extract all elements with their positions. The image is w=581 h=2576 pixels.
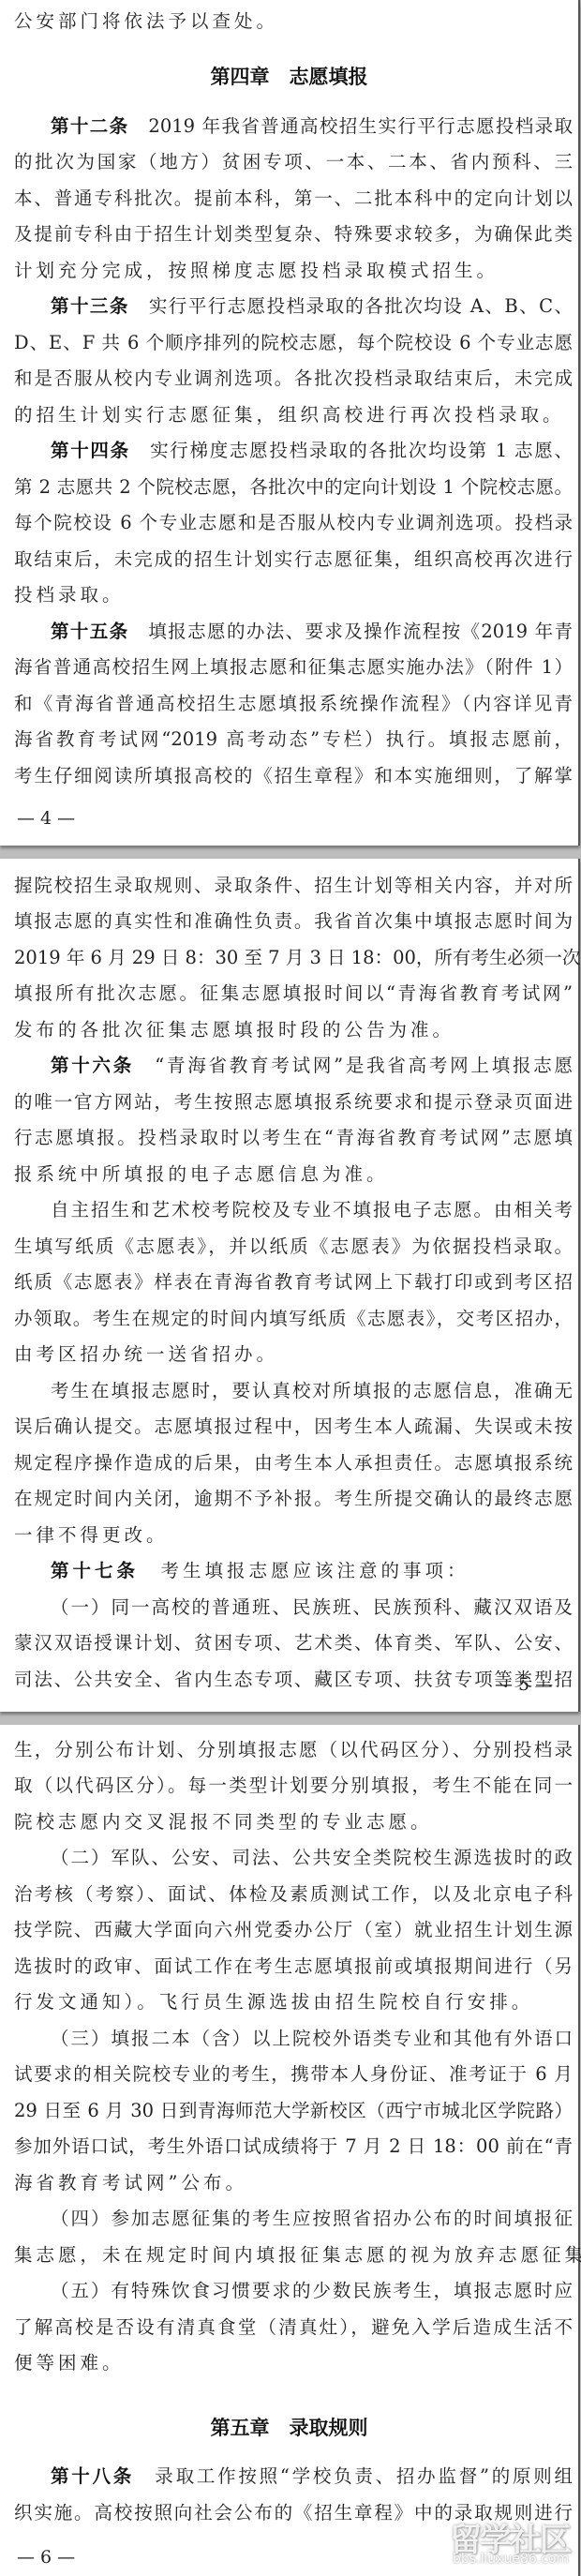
text-line: 投档录取。	[14, 577, 573, 613]
text-line: 选拔时的政审、面试工作在考生志愿填报前或填报期间进行（另	[14, 1949, 573, 1984]
text-line: 纸质《志愿表》样表在青海省教育考试网上下载打印或到考区招	[14, 1265, 573, 1300]
text-line: 本、普通专科批次。提前本科，第一、二批本科中的定向计划以	[14, 181, 573, 217]
page-number-6: — 6 —	[17, 2543, 75, 2571]
text-line: 计划充分完成，按照梯度志愿投档录取模式招生。	[14, 253, 573, 289]
line-text: 海省普通高校招生网上填报志愿和征集志愿实施办法》（附件 1）	[14, 656, 573, 678]
article-number: 第十四条	[51, 440, 130, 461]
line-text: 自主招生和艺术校考院校及专业不填报电子志愿。由相关考	[51, 1199, 573, 1221]
line-text: 实行平行志愿投档录取的各批次均设 A、B、C、	[129, 295, 573, 317]
article-number: 第十五条	[51, 621, 129, 642]
line-text: 试要求的相关院校专业的考生，携带本人身份证、准考证于 6 月	[14, 2063, 573, 2085]
line-text: 由考区招办统一送省招办。	[14, 1343, 278, 1365]
article-number: 第十六条	[51, 1055, 134, 1076]
text-line: 取结束后，未完成的招生计划实行志愿征集，组织高校再次进行	[14, 542, 573, 577]
text-line: 发布的各批次征集志愿填报时段的公告为准。	[14, 1012, 573, 1048]
text-line: 行发文通知）。飞行员生源选拔由招生院校自行安排。	[14, 1984, 573, 2020]
article-line: 第十三条 实行平行志愿投档录取的各批次均设 A、B、C、	[51, 289, 573, 324]
line-text: 海省教育考试网“2019 高考动态”专栏）执行。填报志愿前，	[14, 728, 573, 750]
text-line: 的批次为国家（地方）贫困专项、一本、二本、省内预科、三	[14, 144, 573, 180]
article-number: 第十八条	[51, 2465, 134, 2487]
text-line: 便等困难。	[14, 2345, 573, 2381]
line-text: 计划充分完成，按照梯度志愿投档录取模式招生。	[14, 260, 499, 281]
text-line: 和是否服从校内专业调剂选项。各批次投档录取结束后，未完成	[14, 361, 573, 397]
text-line: 在规定时间内关闭，逾期不予补报。考生所提交确认的最终志愿	[14, 1481, 573, 1517]
line-text: 实行梯度志愿投档录取的各批次均设第 1 志愿、	[130, 440, 573, 461]
line-text: 规定程序操作造成的后果，由考生本人承担责任。志愿填报系统	[14, 1452, 573, 1474]
line-text: 和《青海省普通高校招生志愿填报系统操作流程》（内容详见青	[14, 693, 573, 714]
article-number: 第十七条	[51, 1560, 139, 1581]
article-number: 第十二条	[51, 115, 129, 137]
article-line: 第十五条 填报志愿的办法、要求及操作流程按《2019 年青	[51, 614, 573, 650]
text-line: 取（以代码区分）。每一类型计划要分别填报，考生不能在同一	[14, 1768, 573, 1804]
text-line: 每个院校设 6 个专业志愿和是否服从校内专业调剂选项。投档录	[14, 505, 573, 541]
line-text: 的批次为国家（地方）贫困专项、一本、二本、省内预科、三	[14, 151, 573, 172]
text-line: 一律不得更改。	[14, 1518, 573, 1553]
line-text: 的招生计划实行志愿征集，组织高校进行再次投档录取。	[14, 404, 565, 426]
line-text: 投档录取。	[14, 584, 125, 606]
article-line: 第十四条 实行梯度志愿投档录取的各批次均设第 1 志愿、	[51, 433, 573, 469]
text-line: （二）军队、公安、司法、公共安全类院校生源选拔时的政	[51, 1840, 573, 1876]
line-text: 参加外语口试，考生外语口试成绩将于 7 月 2 日 18：00 前在“青	[14, 2135, 573, 2157]
line-text: 填报志愿的真实性和准确性负责。我省首次集中填报志愿时间为	[14, 910, 573, 932]
chapter-heading: 第四章 志愿填报	[0, 58, 578, 96]
line-text: 行志愿填报。投档录取时以考生在“青海省教育考试网”志愿填	[14, 1127, 573, 1148]
text-line: （一）同一高校的普通班、民族班、民族预科、藏汉双语及	[51, 1590, 573, 1625]
article-number: 第十三条	[51, 295, 129, 317]
text-line: 院校志愿内交叉混报不同类型的专业志愿。	[14, 1805, 573, 1840]
line-text: 集志愿，未在规定时间内填报征集志愿的视为放弃志愿征集。	[14, 2244, 581, 2266]
text-line: 蒙汉双语授课计划、贫困专项、艺术类、体育类、军队、公安、	[14, 1625, 573, 1661]
line-text: 2019 年 6 月 29 日 8：30 至 7 月 3 日 18：00，所有考…	[14, 947, 581, 968]
text-line: 规定程序操作造成的后果，由考生本人承担责任。志愿填报系统	[14, 1445, 573, 1481]
text-line: 误后确认提交。志愿填报过程中，因考生本人疏漏、失误或未按	[14, 1409, 573, 1445]
line-text: 海省教育考试网”公布。	[14, 2172, 247, 2194]
line-text: 和是否服从校内专业调剂选项。各批次投档录取结束后，未完成	[14, 367, 573, 389]
line-text: 2019 年我省普通高校招生实行平行志愿投档录取	[129, 115, 573, 137]
text-line: 考生仔细阅读所填报高校的《招生章程》和本实施细则，了解掌	[14, 758, 573, 794]
line-text: 报系统中所填报的电子志愿信息为准。	[14, 1163, 389, 1185]
article-line: 第十六条 “青海省教育考试网”是我省高考网上填报志愿	[51, 1048, 573, 1084]
line-text: 在规定时间内关闭，逾期不予补报。考生所提交确认的最终志愿	[14, 1488, 573, 1509]
text-line: 的招生计划实行志愿征集，组织高校进行再次投档录取。	[14, 397, 573, 433]
line-text: 一律不得更改。	[14, 1524, 169, 1546]
text-line: D、E、F 共 6 个顺序排列的院校志愿，每个院校设 6 个专业志愿	[14, 325, 573, 361]
text-line: 填报志愿的真实性和准确性负责。我省首次集中填报志愿时间为	[14, 904, 573, 939]
line-text: 录取工作按照“学校负责、招办监督”的原则组	[134, 2465, 573, 2487]
text-line: 海省教育考试网”公布。	[14, 2165, 573, 2201]
line-text: 每个院校设 6 个专业志愿和是否服从校内专业调剂选项。投档录	[14, 512, 573, 533]
chapter-heading: 第五章 录取规则	[0, 2409, 578, 2447]
line-text: 便等困难。	[14, 2352, 125, 2374]
line-text: 取结束后，未完成的招生计划实行志愿征集，组织高校再次进行	[14, 548, 573, 570]
text-line: 了解高校是否设有清真食堂（清真灶），避免入学后造成生活不	[14, 2310, 573, 2345]
line-text: 院校志愿内交叉混报不同类型的专业志愿。	[14, 1811, 433, 1833]
line-text: “青海省教育考试网”是我省高考网上填报志愿	[134, 1055, 573, 1076]
line-text: 蒙汉双语授课计划、贫困专项、艺术类、体育类、军队、公安、	[14, 1632, 573, 1654]
text-line: 填报所有批次志愿。征集志愿填报时间以“青海省教育考试网”	[14, 976, 573, 1011]
text-line: 治考核（考察）、面试、体检及素质测试工作，以及北京电子科	[14, 1877, 573, 1912]
line-text: 误后确认提交。志愿填报过程中，因考生本人疏漏、失误或未按	[14, 1415, 573, 1437]
line-text: 治考核（考察）、面试、体检及素质测试工作，以及北京电子科	[14, 1883, 573, 1905]
line-text: （四）参加志愿征集的考生应按照省招办公布的时间填报征	[51, 2208, 573, 2229]
text-line: 考生在填报志愿时，要认真校对所填报的志愿信息，准确无	[51, 1373, 573, 1409]
text-line: 织实施。高校按照向社会公布的《招生章程》中的录取规则进行	[14, 2495, 573, 2531]
line-text: 填报所有批次志愿。征集志愿填报时间以“青海省教育考试网”	[14, 982, 573, 1004]
line-text: 第 2 志愿共 2 个院校志愿，各批次中的定向计划设 1 个院校志愿。	[14, 476, 573, 498]
line-text: 发布的各批次征集志愿填报时段的公告为准。	[14, 1019, 454, 1041]
text-line: 技学院、西藏大学面向六州党委办公厅（室）就业招生计划生源	[14, 1912, 573, 1948]
line-text: D、E、F 共 6 个顺序排列的院校志愿，每个院校设 6 个专业志愿	[14, 332, 573, 353]
text-line: 2019 年 6 月 29 日 8：30 至 7 月 3 日 18：00，所有考…	[14, 940, 573, 976]
line-text: （三）填报二本（含）以上院校外语类专业和其他有外语口	[51, 2028, 573, 2049]
text-line: 29 日至 6 月 30 日到青海师范大学新校区（西宁市城北区学院路）	[14, 2093, 573, 2129]
line-text: 办领取。考生在规定的时间内填写纸质《志愿表》，交考区招办，	[14, 1308, 573, 1329]
text-line: 和《青海省普通高校招生志愿填报系统操作流程》（内容详见青	[14, 686, 573, 722]
text-line: 的唯一官方网站，考生按照志愿填报系统要求和提示登录页面进	[14, 1085, 573, 1120]
text-line: 生填写纸质《志愿表》，并以纸质《志愿表》为依据投档录取。	[14, 1229, 573, 1265]
text-line: 由考区招办统一送省招办。	[14, 1337, 573, 1372]
text-line: 握院校招生录取规则、录取条件、招生计划等相关内容，并对所	[14, 868, 573, 904]
text-line: 公安部门将依法予以查处。	[14, 4, 573, 39]
line-text: 考生仔细阅读所填报高校的《招生章程》和本实施细则，了解掌	[14, 765, 573, 786]
text-line: 办领取。考生在规定的时间内填写纸质《志愿表》，交考区招办，	[14, 1301, 573, 1337]
text-line: 自主招生和艺术校考院校及专业不填报电子志愿。由相关考	[51, 1192, 573, 1228]
line-text: 生填写纸质《志愿表》，并以纸质《志愿表》为依据投档录取。	[14, 1236, 573, 1257]
line-text: 握院校招生录取规则、录取条件、招生计划等相关内容，并对所	[14, 875, 573, 896]
article-line: 第十二条 2019 年我省普通高校招生实行平行志愿投档录取	[51, 109, 573, 144]
line-text: 行发文通知）。飞行员生源选拔由招生院校自行安排。	[14, 1991, 533, 2013]
text-line: 及提前专科由于招生计划类型复杂、特殊要求较多，为确保此类	[14, 217, 573, 252]
line-text: （一）同一高校的普通班、民族班、民族预科、藏汉双语及	[51, 1596, 573, 1618]
text-line: （三）填报二本（含）以上院校外语类专业和其他有外语口	[51, 2021, 573, 2057]
line-text: 填报志愿的办法、要求及操作流程按《2019 年青	[129, 621, 573, 642]
line-text: 织实施。高校按照向社会公布的《招生章程》中的录取规则进行	[14, 2502, 573, 2524]
text-line: 海省教育考试网“2019 高考动态”专栏）执行。填报志愿前，	[14, 722, 573, 757]
line-text: 司法、公共安全、省内生态专项、藏区专项、扶贫专项等类型招	[14, 1669, 573, 1690]
line-text: （二）军队、公安、司法、公共安全类院校生源选拔时的政	[51, 1847, 573, 1868]
line-text: 生，分别公布计划、分别填报志愿（以代码区分）、分别投档录	[14, 1739, 573, 1760]
line-text: 考生在填报志愿时，要认真校对所填报的志愿信息，准确无	[51, 1380, 573, 1401]
text-line: 试要求的相关院校专业的考生，携带本人身份证、准考证于 6 月	[14, 2057, 573, 2092]
text-line: （五）有特殊饮食习惯要求的少数民族考生，填报志愿时应	[51, 2273, 573, 2309]
line-text: 及提前专科由于招生计划类型复杂、特殊要求较多，为确保此类	[14, 223, 573, 245]
line-text: 公安部门将依法予以查处。	[14, 10, 278, 32]
text-line: 行志愿填报。投档录取时以考生在“青海省教育考试网”志愿填	[14, 1120, 573, 1156]
article-line: 第十七条 考生填报志愿应该注意的事项：	[51, 1553, 573, 1589]
article-line: 第十八条 录取工作按照“学校负责、招办监督”的原则组	[51, 2459, 573, 2494]
line-text: 29 日至 6 月 30 日到青海师范大学新校区（西宁市城北区学院路）	[14, 2100, 573, 2121]
line-text: 取（以代码区分）。每一类型计划要分别填报，考生不能在同一	[14, 1775, 573, 1796]
line-text: 纸质《志愿表》样表在青海省教育考试网上下载打印或到考区招	[14, 1271, 573, 1293]
line-text: 选拔时的政审、面试工作在考生志愿填报前或填报期间进行（另	[14, 1955, 573, 1977]
text-line: 生，分别公布计划、分别填报志愿（以代码区分）、分别投档录	[14, 1732, 573, 1768]
line-text: 本、普通专科批次。提前本科，第一、二批本科中的定向计划以	[14, 187, 573, 209]
text-line: 集志愿，未在规定时间内填报征集志愿的视为放弃志愿征集。	[14, 2238, 573, 2273]
text-line: 海省普通高校招生网上填报志愿和征集志愿实施办法》（附件 1）	[14, 650, 573, 685]
line-text: 考生填报志愿应该注意的事项：	[139, 1560, 469, 1581]
text-line: 第 2 志愿共 2 个院校志愿，各批次中的定向计划设 1 个院校志愿。	[14, 470, 573, 505]
text-line: 参加外语口试，考生外语口试成绩将于 7 月 2 日 18：00 前在“青	[14, 2129, 573, 2164]
text-line: 报系统中所填报的电子志愿信息为准。	[14, 1157, 573, 1192]
page-number-4: — 4 —	[17, 804, 75, 832]
line-text: 技学院、西藏大学面向六州党委办公厅（室）就业招生计划生源	[14, 1919, 573, 1940]
line-text: 的唯一官方网站，考生按照志愿填报系统要求和提示登录页面进	[14, 1091, 573, 1113]
line-text: （五）有特殊饮食习惯要求的少数民族考生，填报志愿时应	[51, 2280, 573, 2301]
line-text: 了解高校是否设有清真食堂（清真灶），避免入学后造成生活不	[14, 2316, 573, 2338]
text-line: 司法、公共安全、省内生态专项、藏区专项、扶贫专项等类型招	[14, 1662, 573, 1698]
text-line: （四）参加志愿征集的考生应按照省招办公布的时间填报征	[51, 2201, 573, 2237]
